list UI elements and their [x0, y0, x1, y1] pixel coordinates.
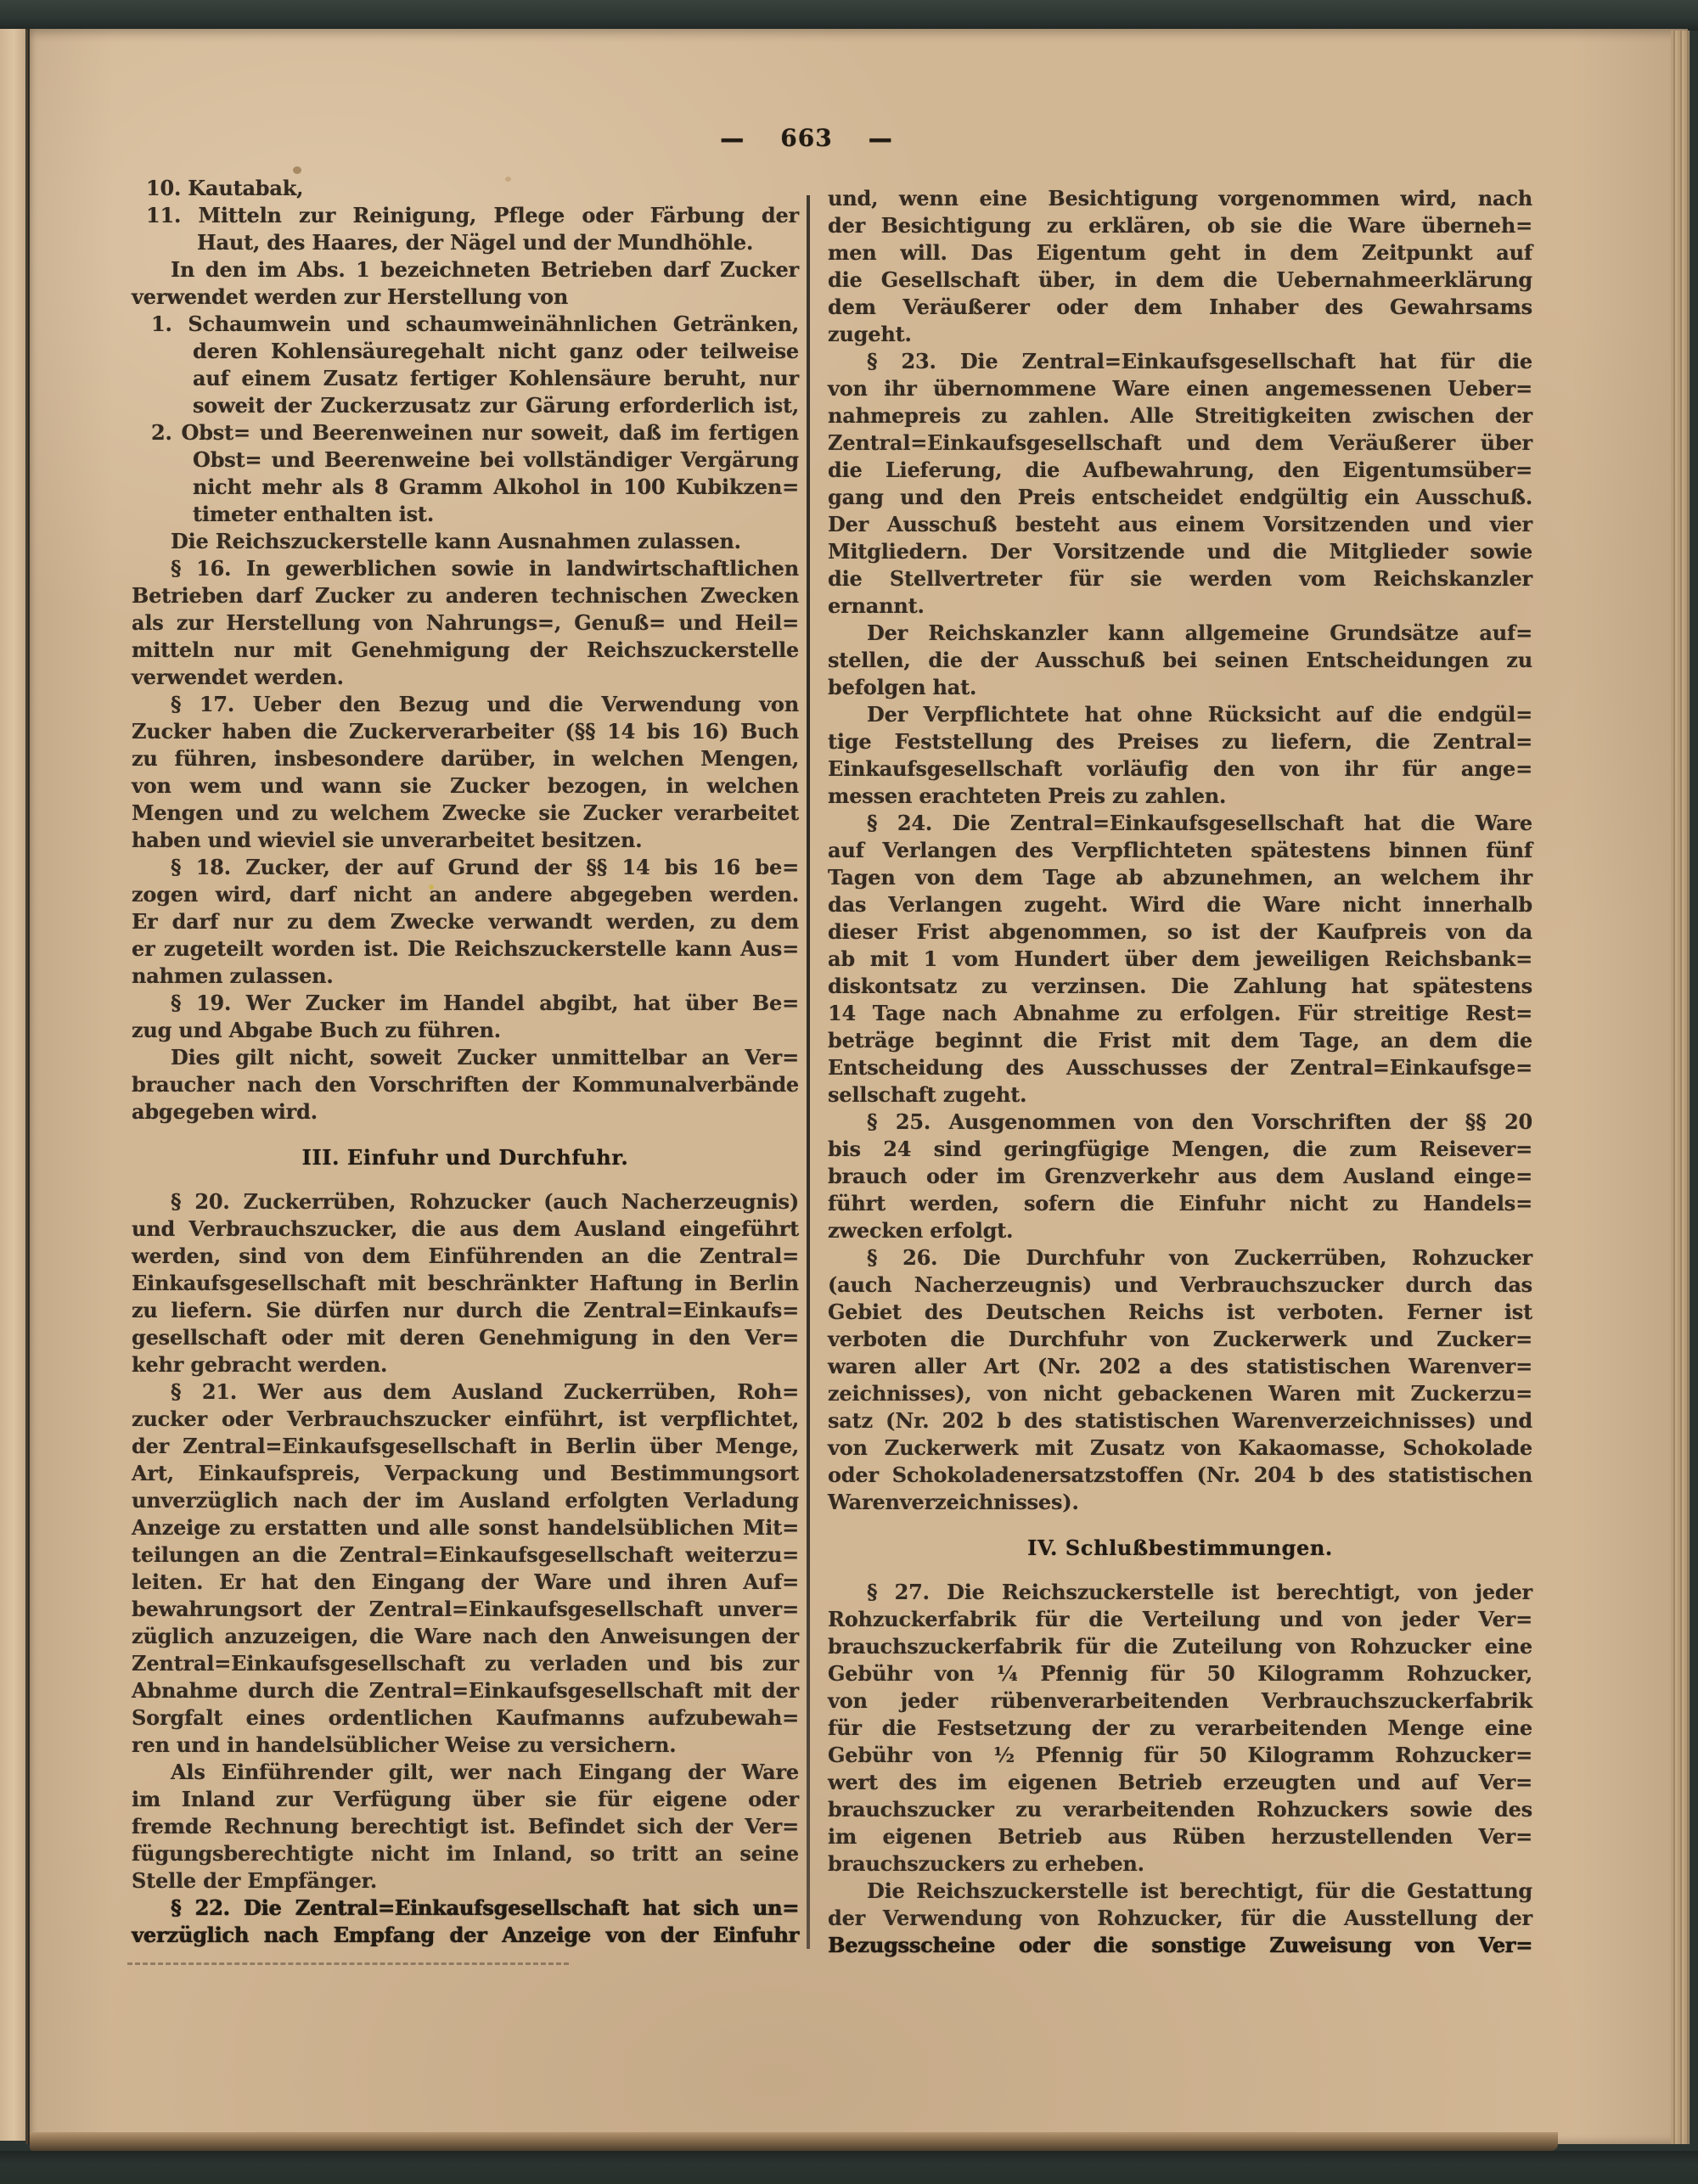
text-line: Betrieben darf Zucker zu anderen technis… — [132, 582, 799, 609]
text-line: § 19. Wer Zucker im Handel abgibt, hat ü… — [132, 990, 799, 1017]
text-line: verzüglich nach Empfang der Anzeige von … — [132, 1922, 799, 1949]
text-line: Tagen von dem Tage ab abzunehmen, an wel… — [828, 864, 1532, 891]
text-line: von Zuckerwerk mit Zusatz von Kakaomasse… — [828, 1434, 1532, 1462]
text-line: im eigenen Betrieb aus Rüben herzustelle… — [828, 1823, 1532, 1850]
text-line: Der Ausschuß besteht aus einem Vorsitzen… — [828, 511, 1532, 538]
text-line: § 26. Die Durchfuhr von Zuckerrüben, Roh… — [828, 1244, 1532, 1272]
text-line: § 21. Wer aus dem Ausland Zuckerrüben, R… — [132, 1378, 799, 1406]
text-line: züglich anzuzeigen, die Ware nach den An… — [132, 1623, 799, 1650]
text-line: das Verlangen zugeht. Wird die Ware nich… — [828, 891, 1532, 918]
text-line: mitteln nur mit Genehmigung der Reichszu… — [132, 637, 799, 664]
text-line: bewahrungsort der Zentral=Einkaufsgesell… — [132, 1596, 799, 1623]
text-line: Abnahme durch die Zentral=Einkaufsgesell… — [132, 1677, 799, 1704]
text-line: ernannt. — [828, 592, 1532, 620]
text-line: 1. Schaumwein und schaumweinähnlichen Ge… — [132, 311, 799, 338]
text-line: satz (Nr. 202 b des statistischen Warenv… — [828, 1407, 1532, 1434]
text-line: leiten. Er hat den Eingang der Ware und … — [132, 1569, 799, 1596]
text-line: (auch Nacherzeugnis) und Verbrauchszucke… — [828, 1272, 1532, 1299]
text-line: 11. Mitteln zur Reinigung, Pflege oder F… — [132, 202, 799, 229]
text-line: § 16. In gewerblichen sowie in landwirts… — [132, 555, 799, 582]
text-line: zeichnisses), von nicht gebackenen Waren… — [828, 1380, 1532, 1407]
text-line: wert des im eigenen Betrieb erzeugten un… — [828, 1769, 1532, 1796]
page-number: —663— — [85, 124, 1528, 152]
text-line: § 18. Zucker, der auf Grund der §§ 14 bi… — [132, 854, 799, 881]
page-stack-edge-bottom — [30, 2132, 1558, 2151]
text-line: er zugeteilt worden ist. Die Reichszucke… — [132, 935, 799, 963]
text-line: Haut, des Haares, der Nägel und der Mund… — [132, 229, 799, 256]
text-line: bis 24 sind geringfügige Mengen, die zum… — [828, 1136, 1532, 1163]
text-line: ren und in handelsüblicher Weise zu vers… — [132, 1732, 799, 1759]
text-line: dem Veräußerer oder dem Inhaber des Gewa… — [828, 294, 1532, 321]
text-line: werden, sind von dem Einführenden an die… — [132, 1243, 799, 1270]
text-line: Mitgliedern. Der Vorsitzende und die Mit… — [828, 538, 1532, 565]
text-line: im Inland zur Verfügung über sie für eig… — [132, 1786, 799, 1813]
text-line: brauchszucker zu verarbeitenden Rohzucke… — [828, 1796, 1532, 1823]
text-line: unverzüglich nach der im Ausland erfolgt… — [132, 1487, 799, 1514]
text-line: zug und Abgabe Buch zu führen. — [132, 1017, 799, 1044]
text-line: soweit der Zuckerzusatz zur Gärung erfor… — [132, 392, 799, 419]
text-line: der Zentral=Einkaufsgesellschaft in Berl… — [132, 1433, 799, 1460]
text-line: ab mit 1 vom Hundert über dem jeweiligen… — [828, 946, 1532, 973]
text-line: Die Reichszuckerstelle ist berechtigt, f… — [828, 1878, 1532, 1905]
text-line: nahmen zulassen. — [132, 963, 799, 990]
text-line: auf einem Zusatz fertiger Kohlensäure be… — [132, 365, 799, 392]
text-line: von jeder rübenverarbeitenden Verbrauchs… — [828, 1687, 1532, 1715]
text-line: men will. Das Eigentum geht in dem Zeitp… — [828, 239, 1532, 267]
text-line: brauch oder im Grenzverkehr aus dem Ausl… — [828, 1163, 1532, 1190]
page-number-dash-left: — — [720, 120, 745, 156]
text-line: kehr gebracht werden. — [132, 1351, 799, 1378]
right-column: und, wenn eine Besichtigung vorgenommen … — [828, 185, 1532, 1959]
text-line: die Stellvertreter für sie werden vom Re… — [828, 565, 1532, 592]
text-line: Der Reichskanzler kann allgemeine Grunds… — [828, 620, 1532, 647]
text-line: § 25. Ausgenommen von den Vorschriften d… — [828, 1109, 1532, 1136]
text-line: fremde Rechnung berechtigt ist. Befindet… — [132, 1813, 799, 1840]
text-line: zu liefern. Sie dürfen nur durch die Zen… — [132, 1297, 799, 1324]
text-line: Anzeige zu erstatten und alle sonst hand… — [132, 1514, 799, 1541]
text-line: der Besichtigung zu erklären, ob sie die… — [828, 212, 1532, 239]
text-line: 2. Obst= und Beerenweinen nur soweit, da… — [132, 419, 799, 446]
book-cover-bottom — [0, 2151, 1698, 2184]
text-line: verboten die Durchfuhr von Zuckerwerk un… — [828, 1326, 1532, 1353]
text-line: teilungen an die Zentral=Einkaufsgesells… — [132, 1541, 799, 1569]
text-line: führt werden, sofern die Einfuhr nicht z… — [828, 1190, 1532, 1217]
text-line: waren aller Art (Nr. 202 a des statistis… — [828, 1353, 1532, 1380]
text-line: Rohzuckerfabrik für die Verteilung und v… — [828, 1606, 1532, 1633]
text-line: Der Verpflichtete hat ohne Rücksicht auf… — [828, 701, 1532, 728]
text-line: zogen wird, darf nicht an andere abgegeb… — [132, 881, 799, 908]
text-line: abgegeben wird. — [132, 1098, 799, 1126]
text-line: Art, Einkaufspreis, Verpackung und Besti… — [132, 1460, 799, 1487]
text-line: Entscheidung des Ausschusses der Zentral… — [828, 1054, 1532, 1081]
text-line: Zucker haben die Zuckerverarbeiter (§§ 1… — [132, 718, 799, 745]
text-line: als zur Herstellung von Nahrungs=, Genuß… — [132, 609, 799, 637]
book-cover-top — [0, 0, 1698, 31]
text-line: Mengen und zu welchem Zwecke sie Zucker … — [132, 800, 799, 827]
text-line: dieser Frist abgenommen, so ist der Kauf… — [828, 918, 1532, 946]
text-line: gesellschaft oder mit deren Genehmigung … — [132, 1324, 799, 1351]
text-line: von wem und wann sie Zucker bezogen, in … — [132, 772, 799, 800]
text-line: brauchszuckerfabrik für die Zuteilung vo… — [828, 1633, 1532, 1660]
text-line: § 17. Ueber den Bezug und die Verwendung… — [132, 691, 799, 718]
text-line: § 24. Die Zentral=Einkaufsgesellschaft h… — [828, 810, 1532, 837]
text-line: § 20. Zuckerrüben, Rohzucker (auch Nache… — [132, 1188, 799, 1216]
text-line: gang und den Preis entscheidet endgültig… — [828, 484, 1532, 511]
text-line: In den im Abs. 1 bezeichneten Betrieben … — [132, 256, 799, 284]
text-line: verwendet werden. — [132, 664, 799, 691]
text-line: diskontsatz zu verzinsen. Die Zahlung ha… — [828, 973, 1532, 1000]
smudge-line — [127, 1962, 569, 1965]
text-line: auf Verlangen des Verpflichteten spätest… — [828, 837, 1532, 864]
text-line: zucker oder Verbrauchszucker einführt, i… — [132, 1406, 799, 1433]
text-line: und Verbrauchszucker, die aus dem Auslan… — [132, 1216, 799, 1243]
text-line: Als Einführender gilt, wer nach Eingang … — [132, 1759, 799, 1786]
text-line: befolgen hat. — [828, 674, 1532, 701]
text-line: Stelle der Empfänger. — [132, 1867, 799, 1895]
text-line: verwendet werden zur Herstellung von — [132, 284, 799, 311]
text-line: Obst= und Beerenweine bei vollständiger … — [132, 446, 799, 474]
text-line: Er darf nur zu dem Zwecke verwandt werde… — [132, 908, 799, 935]
paper-speck — [293, 166, 301, 174]
text-line: für die Festsetzung der zu verarbeitende… — [828, 1715, 1532, 1742]
text-line: zwecken erfolgt. — [828, 1217, 1532, 1244]
text-line: tige Feststellung des Preises zu liefern… — [828, 728, 1532, 755]
text-line: haben und wieviel sie unverarbeitet besi… — [132, 827, 799, 854]
text-line: braucher nach den Vorschriften der Kommu… — [132, 1071, 799, 1098]
text-line: § 27. Die Reichszuckerstelle ist berecht… — [828, 1579, 1532, 1606]
text-line: nahmepreis zu zahlen. Alle Streitigkeite… — [828, 402, 1532, 430]
text-line: zugeht. — [828, 321, 1532, 348]
underlying-page-edge — [0, 29, 25, 2141]
page-stack-edge-right — [1671, 31, 1690, 2144]
text-line: deren Kohlensäuregehalt nicht ganz oder … — [132, 338, 799, 365]
text-line: Die Reichszuckerstelle kann Ausnahmen zu… — [132, 528, 799, 555]
text-line: der Verwendung von Rohzucker, für die Au… — [828, 1905, 1532, 1932]
section-heading-iii: III. Einfuhr und Durchfuhr. — [132, 1144, 799, 1171]
text-line: und, wenn eine Besichtigung vorgenommen … — [828, 185, 1532, 212]
text-line: § 23. Die Zentral=Einkaufsgesellschaft h… — [828, 348, 1532, 375]
text-line: timeter enthalten ist. — [132, 501, 799, 528]
text-line: oder Schokoladenersatzstoffen (Nr. 204 b… — [828, 1462, 1532, 1489]
text-line: beträge beginnt die Frist mit dem Tage, … — [828, 1027, 1532, 1054]
page-number-value: 663 — [780, 124, 832, 152]
text-line: stellen, die der Ausschuß bei seinen Ent… — [828, 647, 1532, 674]
text-line: Sorgfalt eines ordentlichen Kaufmanns au… — [132, 1704, 799, 1732]
text-line: Zentral=Einkaufsgesellschaft zu verladen… — [132, 1650, 799, 1677]
text-line: Gebühr von ½ Pfennig für 50 Kilogramm Ro… — [828, 1742, 1532, 1769]
text-line: Bezugsscheine oder die sonstige Zuweisun… — [828, 1932, 1532, 1959]
text-line: sellschaft zugeht. — [828, 1081, 1532, 1109]
text-line: § 22. Die Zentral=Einkaufsgesellschaft h… — [132, 1895, 799, 1922]
text-line: die Lieferung, die Aufbewahrung, den Eig… — [828, 457, 1532, 484]
text-line: Zentral=Einkaufsgesellschaft und dem Ver… — [828, 430, 1532, 457]
left-column: 10. Kautabak,11. Mitteln zur Reinigung, … — [132, 175, 799, 1949]
section-heading-iv: IV. Schlußbestimmungen. — [828, 1535, 1532, 1562]
text-line: von ihr übernommene Ware einen angemesse… — [828, 375, 1532, 402]
text-line: Dies gilt nicht, soweit Zucker unmittelb… — [132, 1044, 799, 1071]
text-line: Einkaufsgesellschaft mit beschränkter Ha… — [132, 1270, 799, 1297]
text-line: zu führen, insbesondere darüber, in welc… — [132, 745, 799, 772]
text-line: Warenverzeichnisses). — [828, 1489, 1532, 1516]
text-line: brauchszuckers zu erheben. — [828, 1850, 1532, 1878]
text-line: messen erachteten Preis zu zahlen. — [828, 783, 1532, 810]
text-line: nicht mehr als 8 Gramm Alkohol in 100 Ku… — [132, 474, 799, 501]
text-line: Gebiet des Deutschen Reichs ist verboten… — [828, 1299, 1532, 1326]
page-number-dash-right: — — [869, 120, 893, 156]
text-line: Gebühr von ¼ Pfennig für 50 Kilogramm Ro… — [828, 1660, 1532, 1687]
column-divider — [807, 195, 810, 1949]
text-line: Einkaufsgesellschaft vorläufig den von i… — [828, 755, 1532, 783]
text-line: fügungsberechtigte nicht im Inland, so t… — [132, 1840, 799, 1867]
text-line: 10. Kautabak, — [132, 175, 799, 202]
text-line: die Gesellschaft über, in dem die Uebern… — [828, 267, 1532, 294]
text-line: 14 Tage nach Abnahme zu erfolgen. Für st… — [828, 1000, 1532, 1027]
